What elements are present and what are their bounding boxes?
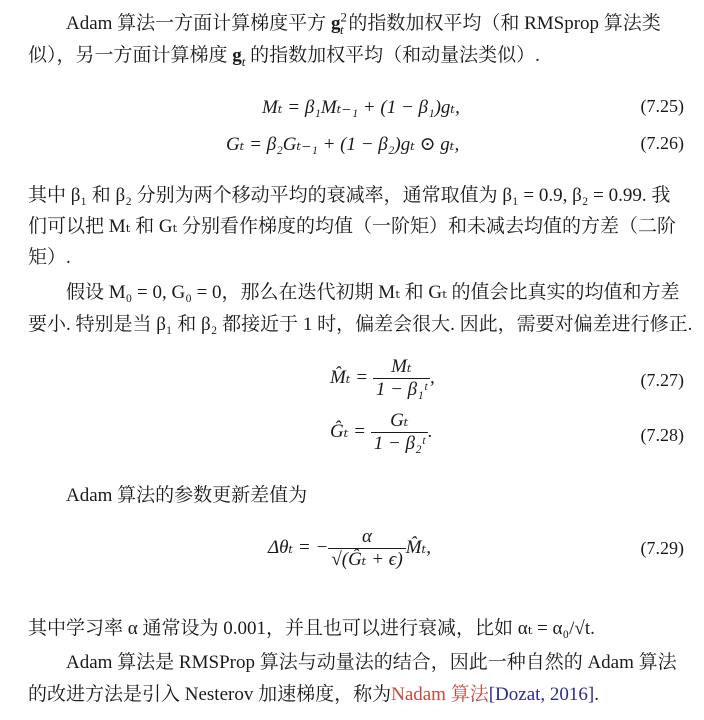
eq-lhs: Ĝₜ = [330, 421, 366, 442]
eq-tail: M̂ₜ, [406, 537, 431, 558]
text: 似），另一方面计算梯度 [28, 45, 232, 66]
equation-7-25: Mₜ = β₁Mₜ₋₁ + (1 − β₁)gₜ, [262, 96, 460, 119]
text: . [594, 684, 599, 705]
eq-tail: , [430, 367, 435, 388]
paragraph-1-line-2: 似），另一方面计算梯度 gt 的指数加权平均（和动量法类似）. [28, 44, 540, 68]
denominator: √(Ĝₜ + ϵ) [328, 549, 405, 571]
fraction: α√(Ĝₜ + ϵ) [328, 526, 405, 571]
paragraph-1-line-1: Adam 算法一方面计算梯度平方 g2t 的指数加权平均（和 RMSprop 算… [66, 12, 661, 36]
equation-number-7-25: (7.25) [641, 96, 685, 117]
paragraph-3-line-1: 假设 M₀ = 0, G₀ = 0，那么在迭代初期 Mₜ 和 Gₜ 的值会比真实… [66, 281, 680, 305]
text: Adam 算法一方面计算梯度平方 [66, 13, 331, 34]
paragraph-3-line-2: 要小. 特别是当 β₁ 和 β₂ 都接近于 1 时，偏差会很大. 因此，需要对偏… [28, 313, 692, 337]
paragraph-5-line-1: 其中学习率 α 通常设为 0.001，并且也可以进行衰减，比如 αₜ = α₀/… [28, 617, 595, 641]
paragraph-2-line-2: 们可以把 Mₜ 和 Gₜ 分别看作梯度的均值（一阶矩）和未减去均值的方差（二阶 [28, 215, 676, 239]
equation-number-7-29: (7.29) [641, 538, 685, 559]
paragraph-2-line-3: 矩）. [28, 246, 71, 270]
equation-7-26: Gₜ = β₂Gₜ₋₁ + (1 − β₂)gₜ ⊙ gₜ, [226, 133, 459, 156]
paragraph-6-line-1: Adam 算法是 RMSProp 算法与动量法的结合，因此一种自然的 Adam … [66, 651, 677, 675]
numerator: Mₜ [373, 356, 430, 379]
text: 的指数加权平均（和动量法类似）. [245, 45, 540, 66]
equation-number-7-26: (7.26) [641, 133, 685, 154]
equation-number-7-27: (7.27) [641, 370, 685, 391]
denominator: 1 − β₂ᵗ [371, 433, 428, 455]
numerator: α [328, 526, 405, 549]
equation-7-27: M̂ₜ = Mₜ1 − β₁ᵗ, [330, 356, 435, 401]
equation-7-29: Δθₜ = −α√(Ĝₜ + ϵ)M̂ₜ, [268, 526, 431, 571]
math-g: g [331, 13, 341, 34]
fraction: Mₜ1 − β₁ᵗ [373, 356, 430, 401]
equation-7-28: Ĝₜ = Gₜ1 − β₂ᵗ. [330, 410, 433, 455]
eq-lhs: M̂ₜ = [330, 367, 368, 388]
text: 的改进方法是引入 Nesterov 加速梯度，称为 [28, 684, 391, 705]
numerator: Gₜ [371, 410, 428, 433]
eq-lhs: Δθₜ = − [268, 537, 328, 558]
math-g: g [232, 45, 242, 66]
fraction: Gₜ1 − β₂ᵗ [371, 410, 428, 455]
text: 的指数加权平均（和 RMSprop 算法类 [344, 13, 661, 34]
paragraph-6-line-2: 的改进方法是引入 Nesterov 加速梯度，称为Nadam 算法[Dozat,… [28, 683, 599, 707]
paragraph-2-line-1: 其中 β₁ 和 β₂ 分别为两个移动平均的衰减率，通常取值为 β₁ = 0.9,… [28, 184, 670, 208]
denominator: 1 − β₁ᵗ [373, 379, 430, 401]
eq-tail: . [428, 421, 433, 442]
paragraph-4-line-1: Adam 算法的参数更新差值为 [66, 484, 307, 508]
citation-link[interactable]: [Dozat, 2016] [489, 684, 595, 705]
equation-number-7-28: (7.28) [641, 425, 685, 446]
nadam-link[interactable]: Nadam 算法 [391, 684, 489, 705]
